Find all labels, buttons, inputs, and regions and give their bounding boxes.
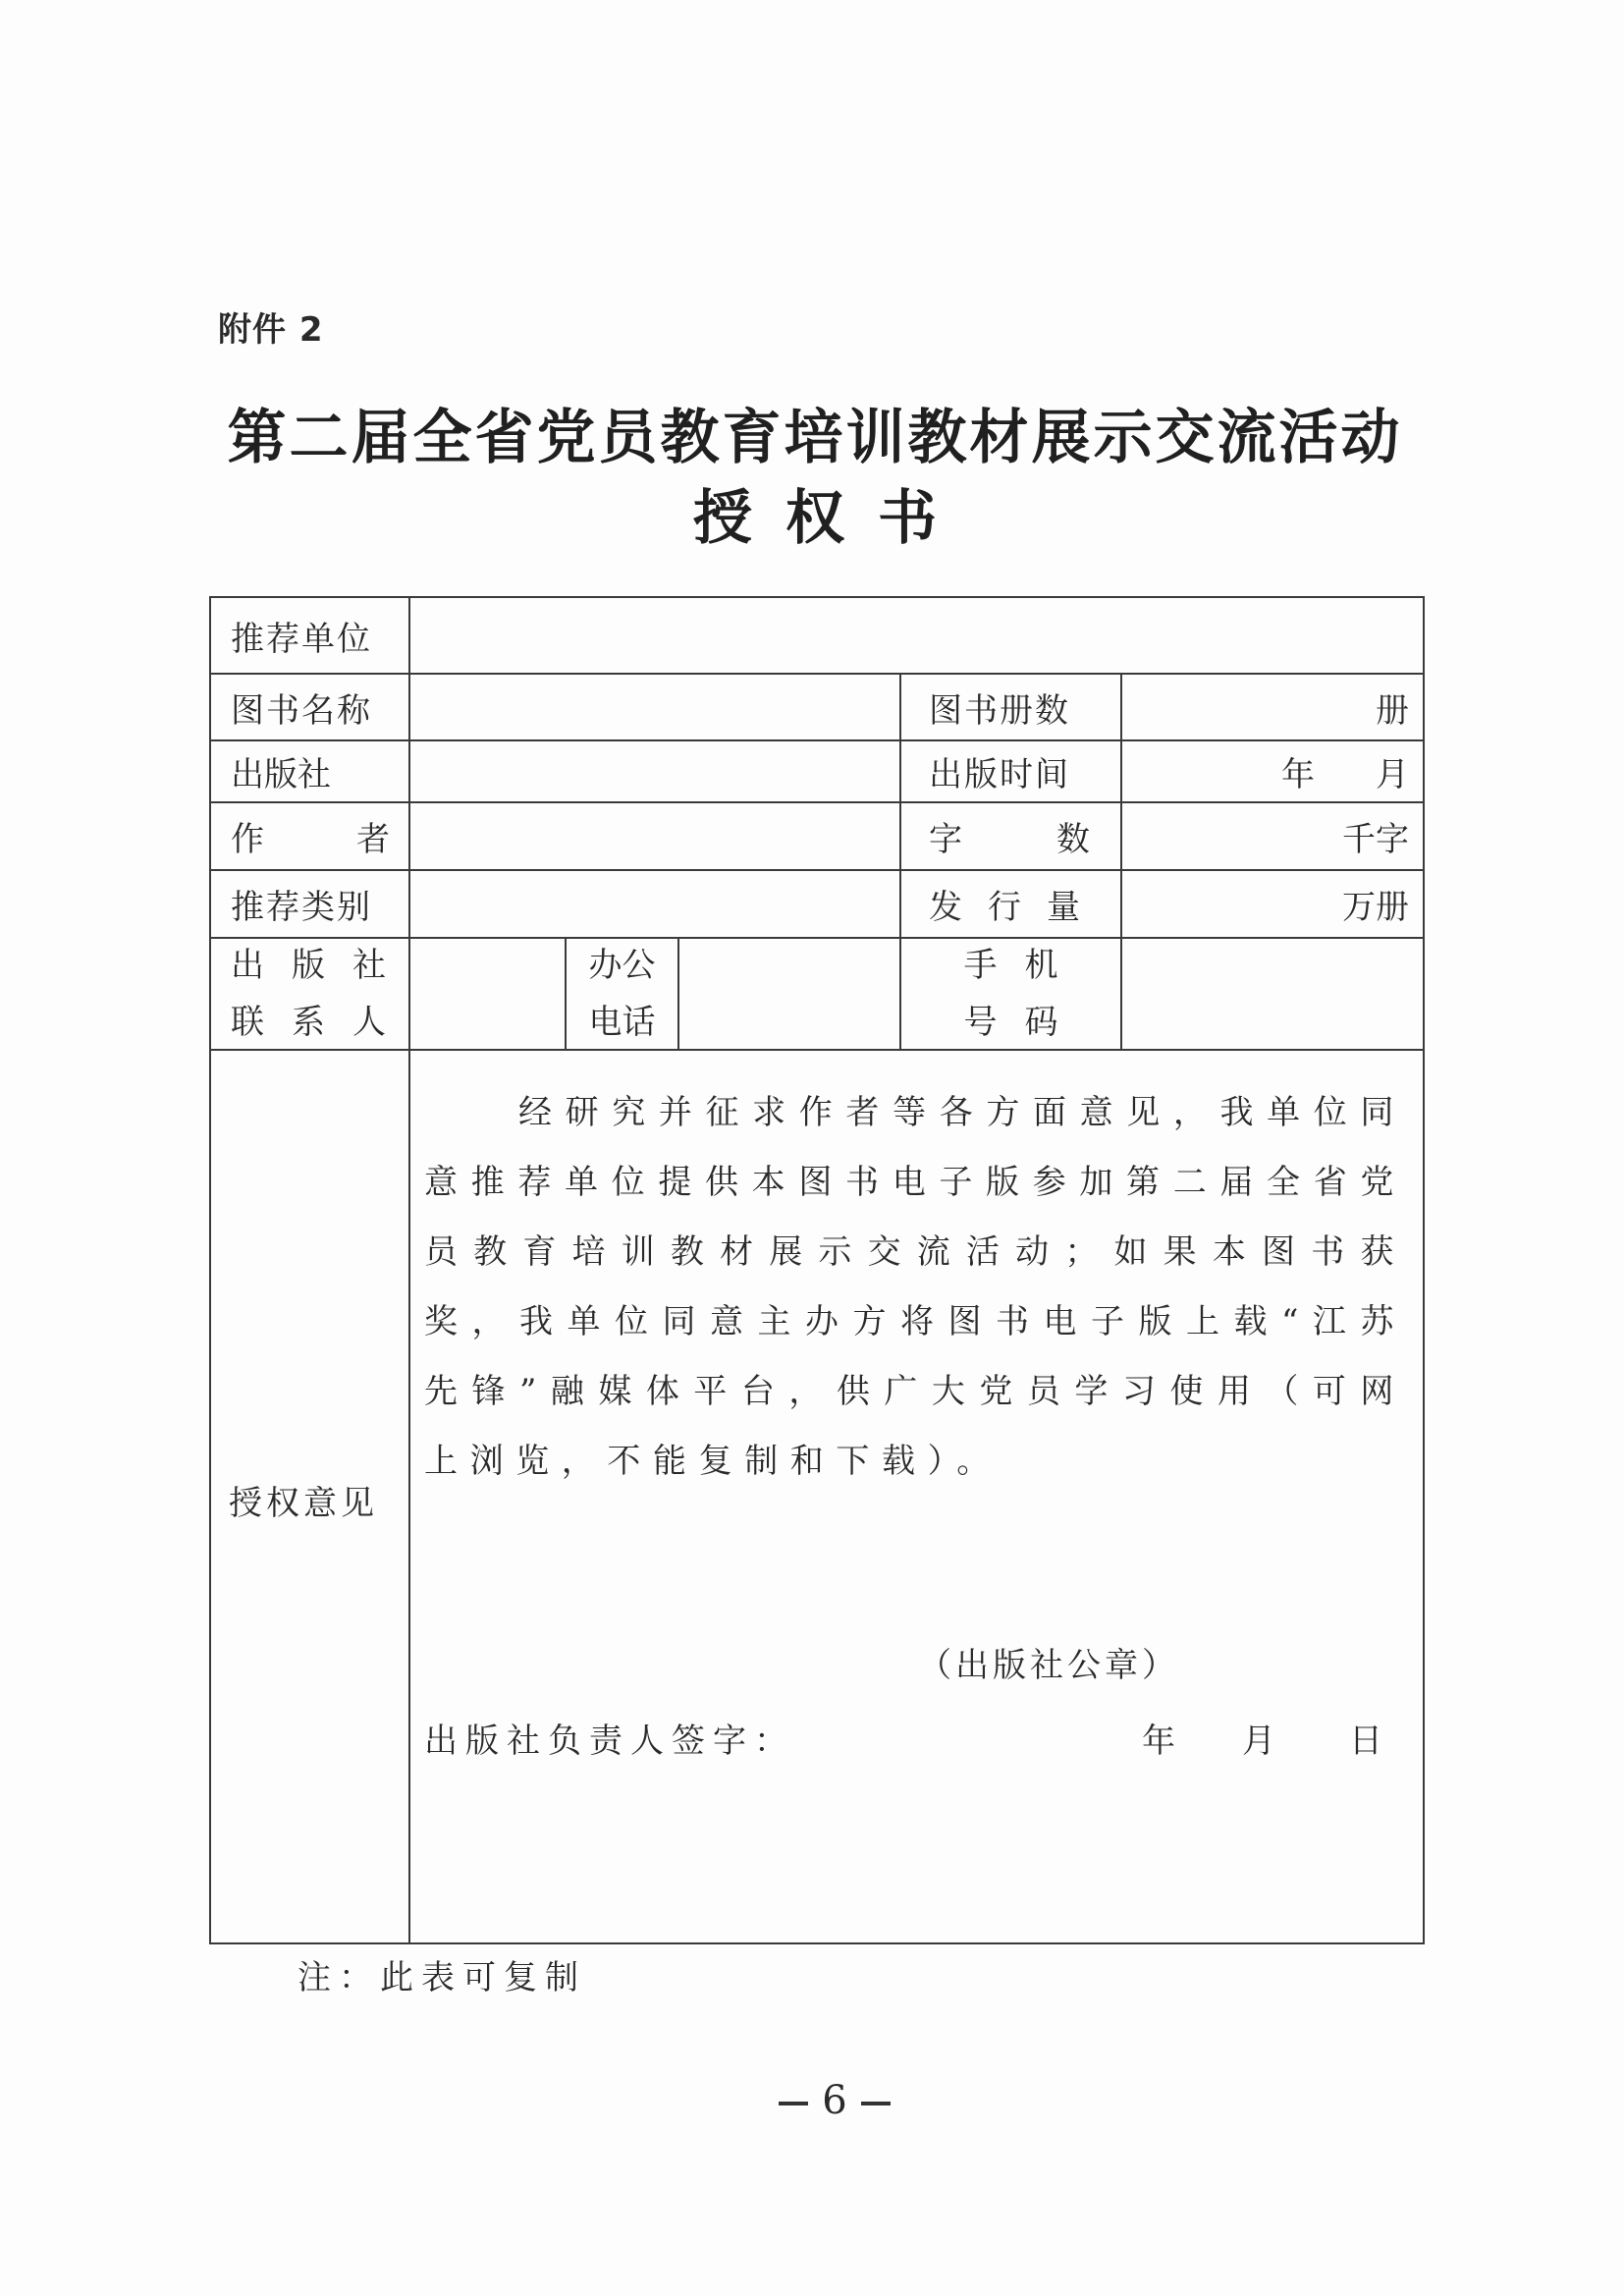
unit-year: 年 bbox=[1281, 747, 1315, 795]
field-circulation[interactable]: 万册 bbox=[1122, 871, 1423, 937]
field-office-phone[interactable] bbox=[679, 939, 899, 1049]
publisher-seal-label: （出版社公章） bbox=[918, 1638, 1179, 1686]
field-word-count[interactable]: 千字 bbox=[1122, 803, 1423, 869]
footnote: 注：此表可复制 bbox=[298, 1950, 586, 1998]
field-book-title[interactable] bbox=[410, 675, 899, 739]
field-contact-person[interactable] bbox=[410, 939, 565, 1049]
date-day-label: 日 bbox=[1349, 1714, 1382, 1762]
unit-thousand-words: 千字 bbox=[1342, 812, 1409, 860]
table-border-bottom bbox=[209, 1942, 1425, 1944]
signature-label: 出版社负责人签字： bbox=[424, 1714, 795, 1762]
label-publisher-contact: 出版社 联系人 bbox=[211, 939, 408, 1049]
label-authorization-opinion: 授权意见 bbox=[211, 1463, 408, 1536]
document-subtitle: 授权书 bbox=[196, 471, 1434, 556]
field-book-volumes[interactable]: 册 bbox=[1122, 675, 1423, 739]
field-publisher[interactable] bbox=[410, 741, 899, 801]
field-recommending-unit[interactable] bbox=[410, 598, 1423, 673]
unit-volumes: 册 bbox=[1376, 683, 1409, 732]
label-recommending-unit: 推荐单位 bbox=[211, 598, 408, 673]
field-recommend-category[interactable] bbox=[410, 871, 899, 937]
label-publisher-text: 出版社 bbox=[231, 747, 391, 795]
label-book-title: 图书名称 bbox=[211, 675, 408, 739]
document-title: 第二届全省党员教育培训教材展示交流活动 bbox=[196, 391, 1434, 475]
label-publisher: 出版社 bbox=[211, 741, 408, 801]
date-month-label: 月 bbox=[1242, 1714, 1275, 1762]
unit-month: 月 bbox=[1376, 747, 1409, 795]
table-border-right bbox=[1423, 596, 1425, 1944]
dash-left bbox=[779, 2102, 808, 2105]
page-number: 6 bbox=[736, 2078, 933, 2123]
field-author[interactable] bbox=[410, 803, 899, 869]
label-recommend-category: 推荐类别 bbox=[211, 871, 408, 937]
label-book-volumes: 图书册数 bbox=[901, 675, 1120, 739]
label-author: 作者 bbox=[211, 803, 408, 869]
unit-ten-thousand-volumes: 万册 bbox=[1342, 880, 1409, 928]
label-mobile-number: 手机 号码 bbox=[901, 939, 1120, 1049]
date-year-label: 年 bbox=[1142, 1714, 1175, 1762]
label-circulation: 发行量 bbox=[901, 871, 1120, 937]
attachment-label: 附件 2 bbox=[218, 302, 324, 351]
label-office-phone: 办公 电话 bbox=[567, 939, 677, 1049]
label-word-count: 字数 bbox=[901, 803, 1120, 869]
field-publication-date[interactable]: 年 月 bbox=[1122, 741, 1423, 801]
label-publication-date: 出版时间 bbox=[901, 741, 1120, 801]
dash-right bbox=[861, 2102, 891, 2105]
field-mobile-number[interactable] bbox=[1122, 939, 1423, 1049]
authorization-statement: 经研究并征求作者等各方面意见，我单位同意推荐单位提供本图书电子版参加第二届全省党… bbox=[424, 1078, 1406, 1497]
